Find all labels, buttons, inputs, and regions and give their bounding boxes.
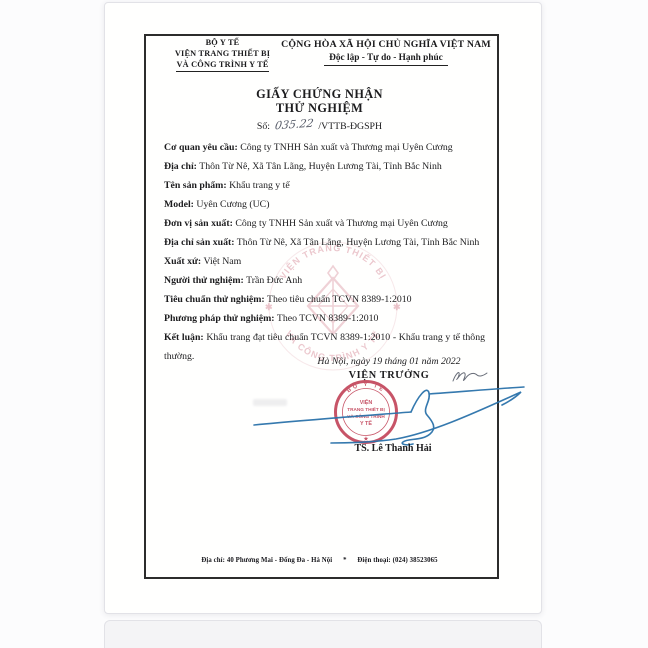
signer-name: TS. Lê Thanh Hải [293, 443, 493, 454]
field-row: Xuất xứ: Việt Nam [164, 252, 485, 271]
footer-contact-line: Địa chỉ: 40 Phương Mai - Đống Đa - Hà Nộ… [144, 557, 495, 564]
title-block: GIẤY CHỨNG NHẬN THỬ NGHIỆM Số: 035.22 /V… [144, 88, 495, 132]
field-row: Tên sản phẩm: Khẩu trang y tế [164, 176, 485, 195]
certificate-fields: Cơ quan yêu cầu: Công ty TNHH Sản xuất v… [164, 138, 485, 366]
field-row: Tiêu chuẩn thử nghiệm: Theo tiêu chuẩn T… [164, 290, 485, 309]
footer-separator: * [343, 557, 347, 564]
field-row: Đơn vị sản xuất: Công ty TNHH Sản xuất v… [164, 214, 485, 233]
field-row: Phương pháp thử nghiệm: Theo TCVN 8389-1… [164, 309, 485, 328]
footer-address: Địa chỉ: 40 Phương Mai - Đống Đa - Hà Nộ… [201, 557, 332, 564]
number-handwritten: 035.22 [275, 117, 315, 133]
next-photo-edge [104, 620, 542, 648]
field-row: Địa chỉ: Thôn Từ Nê, Xã Tân Lãng, Huyện … [164, 157, 485, 176]
page-title-line1: GIẤY CHỨNG NHẬN [144, 88, 495, 102]
issuer-block: BỘ Y TẾ VIỆN TRANG THIẾT BỊ VÀ CÔNG TRÌN… [145, 37, 300, 72]
number-label: Số: [257, 121, 270, 132]
certificate-number-line: Số: 035.22 /VTTB-ĐGSPH [144, 119, 495, 132]
national-motto-line2: Độc lập - Tự do - Hạnh phúc [280, 52, 492, 66]
field-row: Người thử nghiệm: Trần Đức Anh [164, 271, 485, 290]
footer-phone: Điện thoại: (024) 38523065 [357, 557, 437, 564]
number-suffix: /VTTB-ĐGSPH [318, 121, 382, 132]
issuer-line1: VIỆN TRANG THIẾT BỊ [145, 48, 300, 59]
certificate-photo: VIỆN TRANG THIẾT BỊ VÀ CÔNG TRÌNH Y TẾ ✱… [104, 2, 542, 614]
field-row: Model: Uyên Cương (UC) [164, 195, 485, 214]
field-row: Địa chỉ sản xuất: Thôn Từ Nê, Xã Tân Lãn… [164, 233, 485, 252]
issuer-line2: VÀ CÔNG TRÌNH Y TẾ [145, 59, 300, 72]
field-row: Cơ quan yêu cầu: Công ty TNHH Sản xuất v… [164, 138, 485, 157]
national-motto-line1: CỘNG HÒA XÃ HỘI CHỦ NGHĨA VIỆT NAM [280, 39, 492, 51]
screenshot-stage: VIỆN TRANG THIẾT BỊ VÀ CÔNG TRÌNH Y TẾ ✱… [0, 0, 648, 648]
page-title-line2: THỬ NGHIỆM [144, 102, 495, 116]
issuer-ministry: BỘ Y TẾ [145, 37, 300, 48]
national-header-block: CỘNG HÒA XÃ HỘI CHỦ NGHĨA VIỆT NAM Độc l… [280, 39, 492, 66]
